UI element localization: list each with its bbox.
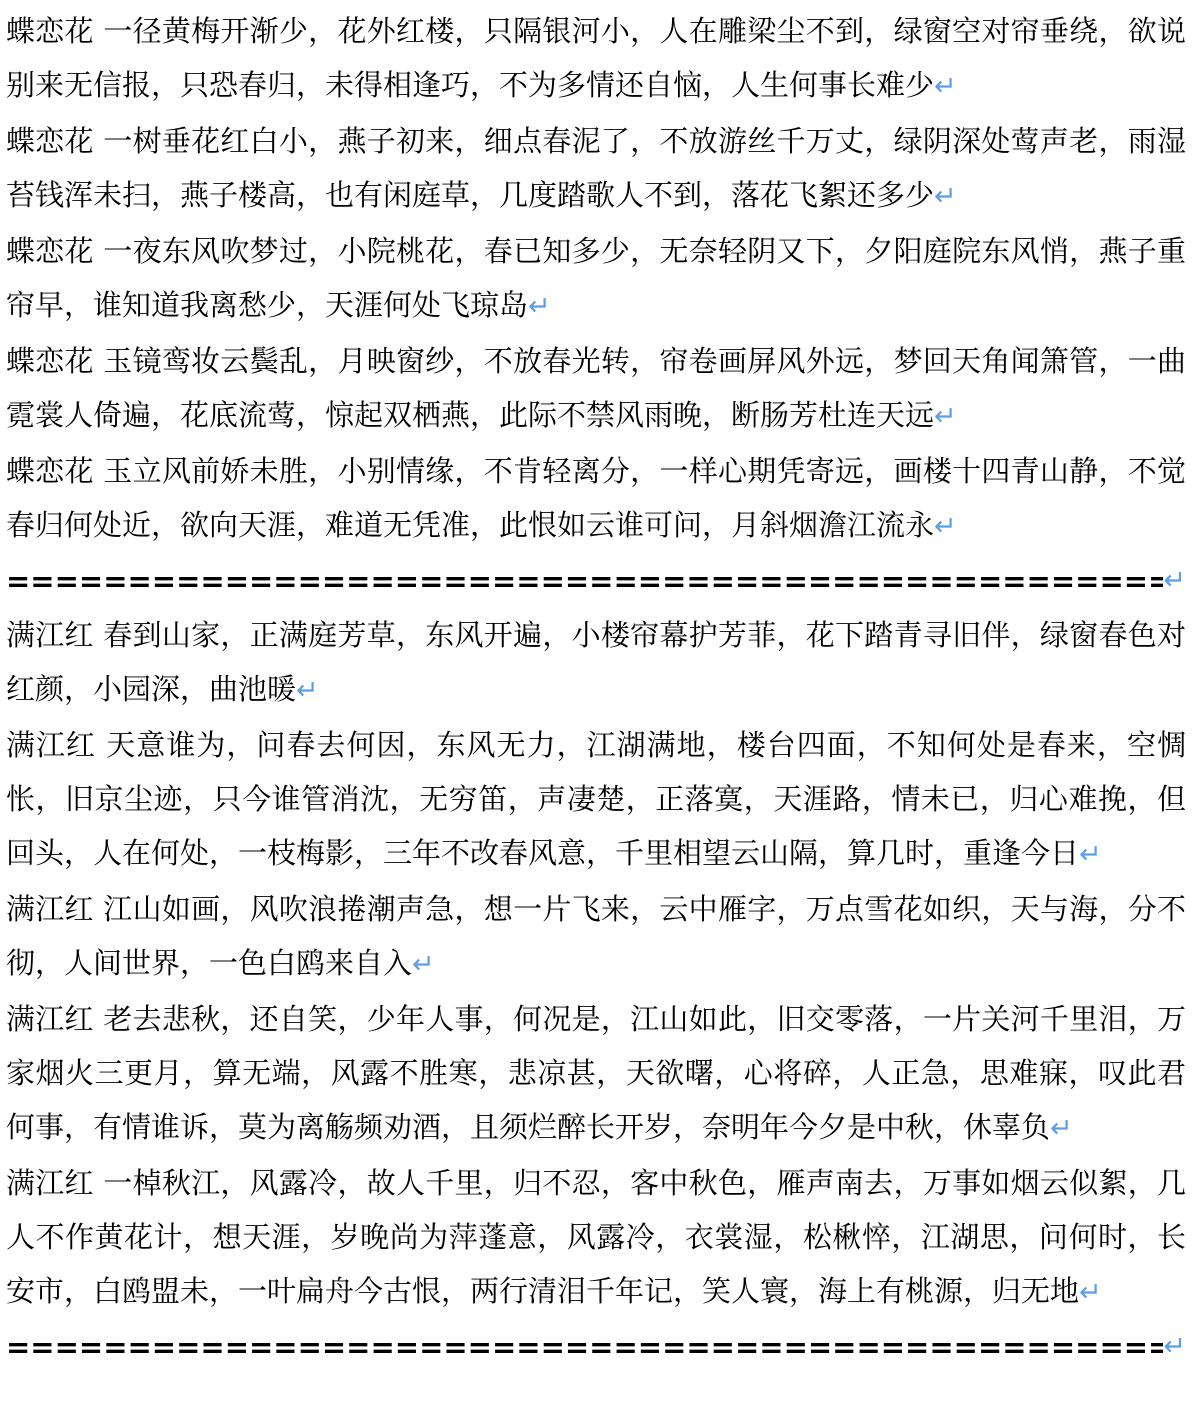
paragraph-mark-icon: ↵ [1163,554,1186,608]
paragraph-mark-icon: ↵ [934,511,957,542]
paragraph-text[interactable]: 蝶恋花 一夜东风吹梦过，小院桃花，春已知多少，无奈轻阴又下，夕阳庭院东风悄，燕子… [6,234,1186,322]
paragraph-text[interactable]: 满江红 春到山家，正满庭芳草，东风开遍，小楼帘幕护芳菲，花下踏青寻旧伴，绿窗春色… [6,618,1186,706]
paragraph-mark-icon: ↵ [296,675,319,706]
paragraph-text[interactable]: 满江红 江山如画，风吹浪捲潮声急，想一片飞来，云中雁字，万点雪花如织，天与海，分… [6,892,1186,980]
paragraph-mark-icon: ↵ [934,181,957,212]
paragraph-text[interactable]: 满江红 天意谁为，问春去何因，东风无力，江湖满地，楼台四面，不知何处是春来，空惆… [6,728,1186,870]
paragraph-mark-icon: ↵ [934,401,957,432]
paragraph-mark-icon: ↵ [1079,839,1102,870]
paragraph-text[interactable]: 蝶恋花 玉镜鸾妆云鬓乱，月映窗纱，不放春光转，帘卷画屏风外远，梦回天角闻箫管，一… [6,344,1186,432]
paragraph-mark-icon: ↵ [1163,1320,1186,1374]
paragraph-mark-icon: ↵ [1079,1277,1102,1308]
paragraph-text[interactable]: 满江红 老去悲秋，还自笑，少年人事，何况是，江山如此，旧交零落，一片关河千里泪，… [6,1002,1186,1144]
paragraph-text[interactable]: 满江红 一棹秋江，风露冷，故人千里，归不忍，客中秋色，雁声南去，万事如烟云似絮，… [6,1166,1186,1308]
paragraph-mark-icon: ↵ [934,71,957,102]
paragraph-text[interactable]: 蝶恋花 一树垂花红白小，燕子初来，细点春泥了，不放游丝千万丈，绿阴深处莺声老，雨… [6,124,1186,212]
paragraph-mark-icon: ↵ [528,291,551,322]
paragraph-mark-icon: ↵ [412,949,435,980]
separator-line[interactable]: ========================================… [6,1320,1163,1374]
separator-line[interactable]: ========================================… [6,554,1163,608]
paragraph-text[interactable]: 蝶恋花 玉立风前娇未胜，小别情缘，不肯轻离分，一样心期凭寄远，画楼十四青山静，不… [6,454,1186,542]
paragraph-mark-icon: ↵ [1050,1113,1073,1144]
document-body[interactable]: 蝶恋花 一径黄梅开渐少，花外红楼，只隔银河小，人在雕梁尘不到，绿窗空对帘垂绕，欲… [0,0,1192,1374]
paragraph-text[interactable]: 蝶恋花 一径黄梅开渐少，花外红楼，只隔银河小，人在雕梁尘不到，绿窗空对帘垂绕，欲… [6,14,1186,102]
